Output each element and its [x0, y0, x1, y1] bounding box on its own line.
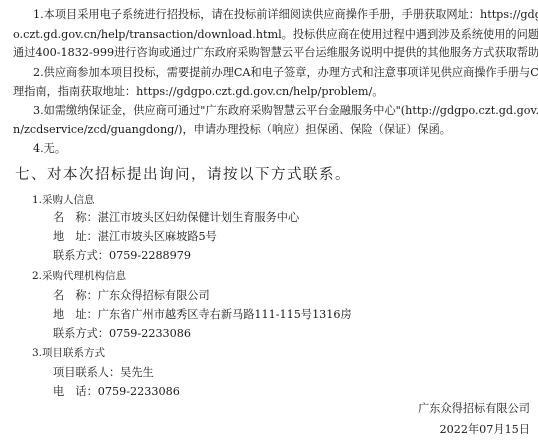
agency-name-label: 名 称：: [53, 289, 98, 303]
agency-address-value: 广东省广州市越秀区寺右新马路111-115号1316房: [98, 308, 352, 321]
note-3-line-1: 3.如需缴纳保证金，供应商可通过"广东政府采购智慧云平台金融服务中心"(http…: [33, 104, 538, 118]
agency-phone-value: 0759-2233086: [109, 327, 191, 340]
agency-phone-row: 联系方式：0759-2233086: [53, 327, 191, 341]
purchaser-name-value: 湛江市坡头区妇幼保健计划生育服务中心: [98, 211, 299, 224]
agency-name-row: 名 称：广东众得招标有限公司: [53, 289, 210, 303]
purchaser-title: 1.采购人信息: [32, 194, 95, 207]
note-2-line-1: 2.供应商参加本项目投标，需要提前办理CA和电子签章，办理方式和注意事项详见供应…: [33, 66, 538, 80]
note-4-line-1: 4.无。: [33, 142, 66, 156]
signature-date: 2022年07月15日: [439, 423, 530, 437]
note-1-line-2: o.czt.gd.gov.cn/help/transaction/downloa…: [13, 28, 538, 42]
project-contact-value: 吴先生: [120, 366, 154, 379]
project-contact-person-row: 项目联系人：吴先生: [53, 366, 154, 380]
agency-phone-label: 联系方式：: [53, 327, 109, 341]
agency-address-row: 地 址：广东省广州市越秀区寺右新马路111-115号1316房: [53, 308, 352, 322]
purchaser-phone-value: 0759-2288979: [109, 249, 191, 262]
section-heading: 七、对本次招标提出询问，请按以下方式联系。: [15, 166, 351, 184]
purchaser-phone-label: 联系方式：: [53, 249, 109, 263]
project-phone-value: 0759-2233086: [98, 385, 180, 398]
agency-address-label: 地 址：: [53, 308, 98, 322]
note-1-line-3: 通过400-1832-999进行咨询或通过广东政府采购智慧云平台运维服务说明中提…: [13, 46, 538, 60]
signature-company: 广东众得招标有限公司: [418, 402, 530, 416]
project-phone-row: 电 话：0759-2233086: [53, 385, 180, 399]
purchaser-address-value: 湛江市坡头区麻坡路5号: [98, 230, 217, 243]
agency-title: 2.采购代理机构信息: [32, 270, 126, 283]
purchaser-phone-row: 联系方式：0759-2288979: [53, 249, 191, 263]
purchaser-name-label: 名 称：: [53, 211, 98, 225]
project-contact-label: 项目联系人：: [53, 366, 120, 380]
purchaser-name-row: 名 称：湛江市坡头区妇幼保健计划生育服务中心: [53, 211, 299, 225]
agency-name-value: 广东众得招标有限公司: [98, 289, 210, 302]
purchaser-address-row: 地 址：湛江市坡头区麻坡路5号: [53, 230, 217, 244]
note-1-line-1: 1.本项目采用电子系统进行招投标，请在投标前详细阅读供应商操作手册，手册获取网址…: [33, 8, 538, 22]
project-contact-title: 3.项目联系方式: [32, 347, 105, 360]
purchaser-address-label: 地 址：: [53, 230, 98, 244]
note-2-line-2: 理指南，指南获取地址：https://gdgpo.czt.gd.gov.cn/h…: [13, 85, 384, 99]
project-phone-label: 电 话：: [53, 385, 98, 399]
note-3-line-2: n/zcdservice/zcd/guangdong/)，申请办理投标（响应）担…: [13, 123, 451, 137]
